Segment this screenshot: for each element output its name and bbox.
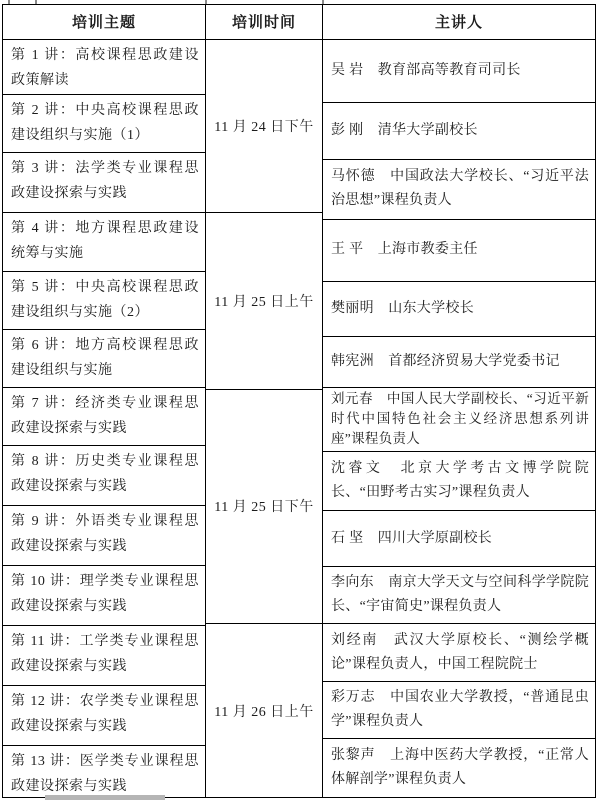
- topic-cell: 第 11 讲：工学类专业课程思政建设探索与实践: [3, 626, 205, 686]
- speaker-cell: 沈睿文 北京大学考古文博学院院长、“田野考古实习”课程负责人: [323, 452, 595, 511]
- speaker-cell: 樊丽明 山东大学校长: [323, 282, 595, 337]
- speaker-cell: 吴 岩 教育部高等教育司司长: [323, 40, 595, 103]
- column-header-time: 培训时间: [206, 5, 322, 40]
- speaker-cell: 彭 刚 清华大学副校长: [323, 103, 595, 160]
- speaker-cell: 刘经南 武汉大学原校长、“测绘学概论”课程负责人，中国工程院院士: [323, 624, 595, 682]
- speaker-cell: 刘元春 中国人民大学副校长、“习近平新时代中国特色社会主义经济思想系列讲座”课程…: [323, 388, 595, 453]
- column-header-topic: 培训主题: [3, 5, 205, 40]
- topic-cell: 第 1 讲：高校课程思政建设政策解读: [3, 40, 205, 95]
- column-speaker: 主讲人 吴 岩 教育部高等教育司司长 彭 刚 清华大学副校长 马怀德 中国政法大…: [323, 5, 595, 797]
- column-topic: 培训主题 第 1 讲：高校课程思政建设政策解读 第 2 讲：中央高校课程思政建设…: [3, 5, 206, 797]
- document-page: 培训主题 第 1 讲：高校课程思政建设政策解读 第 2 讲：中央高校课程思政建设…: [0, 0, 598, 800]
- training-schedule-table: 培训主题 第 1 讲：高校课程思政建设政策解读 第 2 讲：中央高校课程思政建设…: [2, 4, 596, 798]
- topic-cell: 第 4 讲：地方课程思政建设统筹与实施: [3, 213, 205, 272]
- speaker-cell: 马怀德 中国政法大学校长、“习近平法治思想”课程负责人: [323, 160, 595, 220]
- time-cell: 11 月 24 日下午: [206, 40, 322, 213]
- speaker-cell: 彩万志 中国农业大学教授，“普通昆虫学”课程负责人: [323, 682, 595, 739]
- topic-cell: 第 7 讲：经济类专业课程思政建设探索与实践: [3, 388, 205, 447]
- time-cell: 11 月 25 日上午: [206, 213, 322, 390]
- topic-cell: 第 3 讲：法学类专业课程思政建设探索与实践: [3, 153, 205, 213]
- column-header-speaker: 主讲人: [323, 5, 595, 40]
- column-time: 培训时间 11 月 24 日下午 11 月 25 日上午 11 月 25 日下午…: [206, 5, 323, 797]
- speaker-cell: 石 坚 四川大学原副校长: [323, 511, 595, 567]
- topic-cell: 第 10 讲：理学类专业课程思政建设探索与实践: [3, 566, 205, 626]
- topic-cell: 第 12 讲：农学类专业课程思政建设探索与实践: [3, 686, 205, 746]
- topic-cell: 第 2 讲：中央高校课程思政建设组织与实施（1）: [3, 95, 205, 153]
- speaker-cell: 张黎声 上海中医药大学教授，“正常人体解剖学”课程负责人: [323, 739, 595, 797]
- topic-cell: 第 6 讲：地方高校课程思政建设组织与实施: [3, 330, 205, 388]
- time-cell: 11 月 26 日上午: [206, 624, 322, 797]
- scrollbar-thumb[interactable]: [45, 795, 165, 800]
- topic-cell: 第 5 讲：中央高校课程思政建设组织与实施（2）: [3, 272, 205, 330]
- topic-cell: 第 13 讲：医学类专业课程思政建设探索与实践: [3, 746, 205, 797]
- time-cell: 11 月 25 日下午: [206, 390, 322, 625]
- speaker-cell: 李向东 南京大学天文与空间科学学院院长、“宇宙简史”课程负责人: [323, 567, 595, 624]
- topic-cell: 第 8 讲：历史类专业课程思政建设探索与实践: [3, 446, 205, 506]
- speaker-cell: 韩宪洲 首都经济贸易大学党委书记: [323, 337, 595, 388]
- topic-cell: 第 9 讲：外语类专业课程思政建设探索与实践: [3, 506, 205, 566]
- speaker-cell: 王 平 上海市教委主任: [323, 220, 595, 282]
